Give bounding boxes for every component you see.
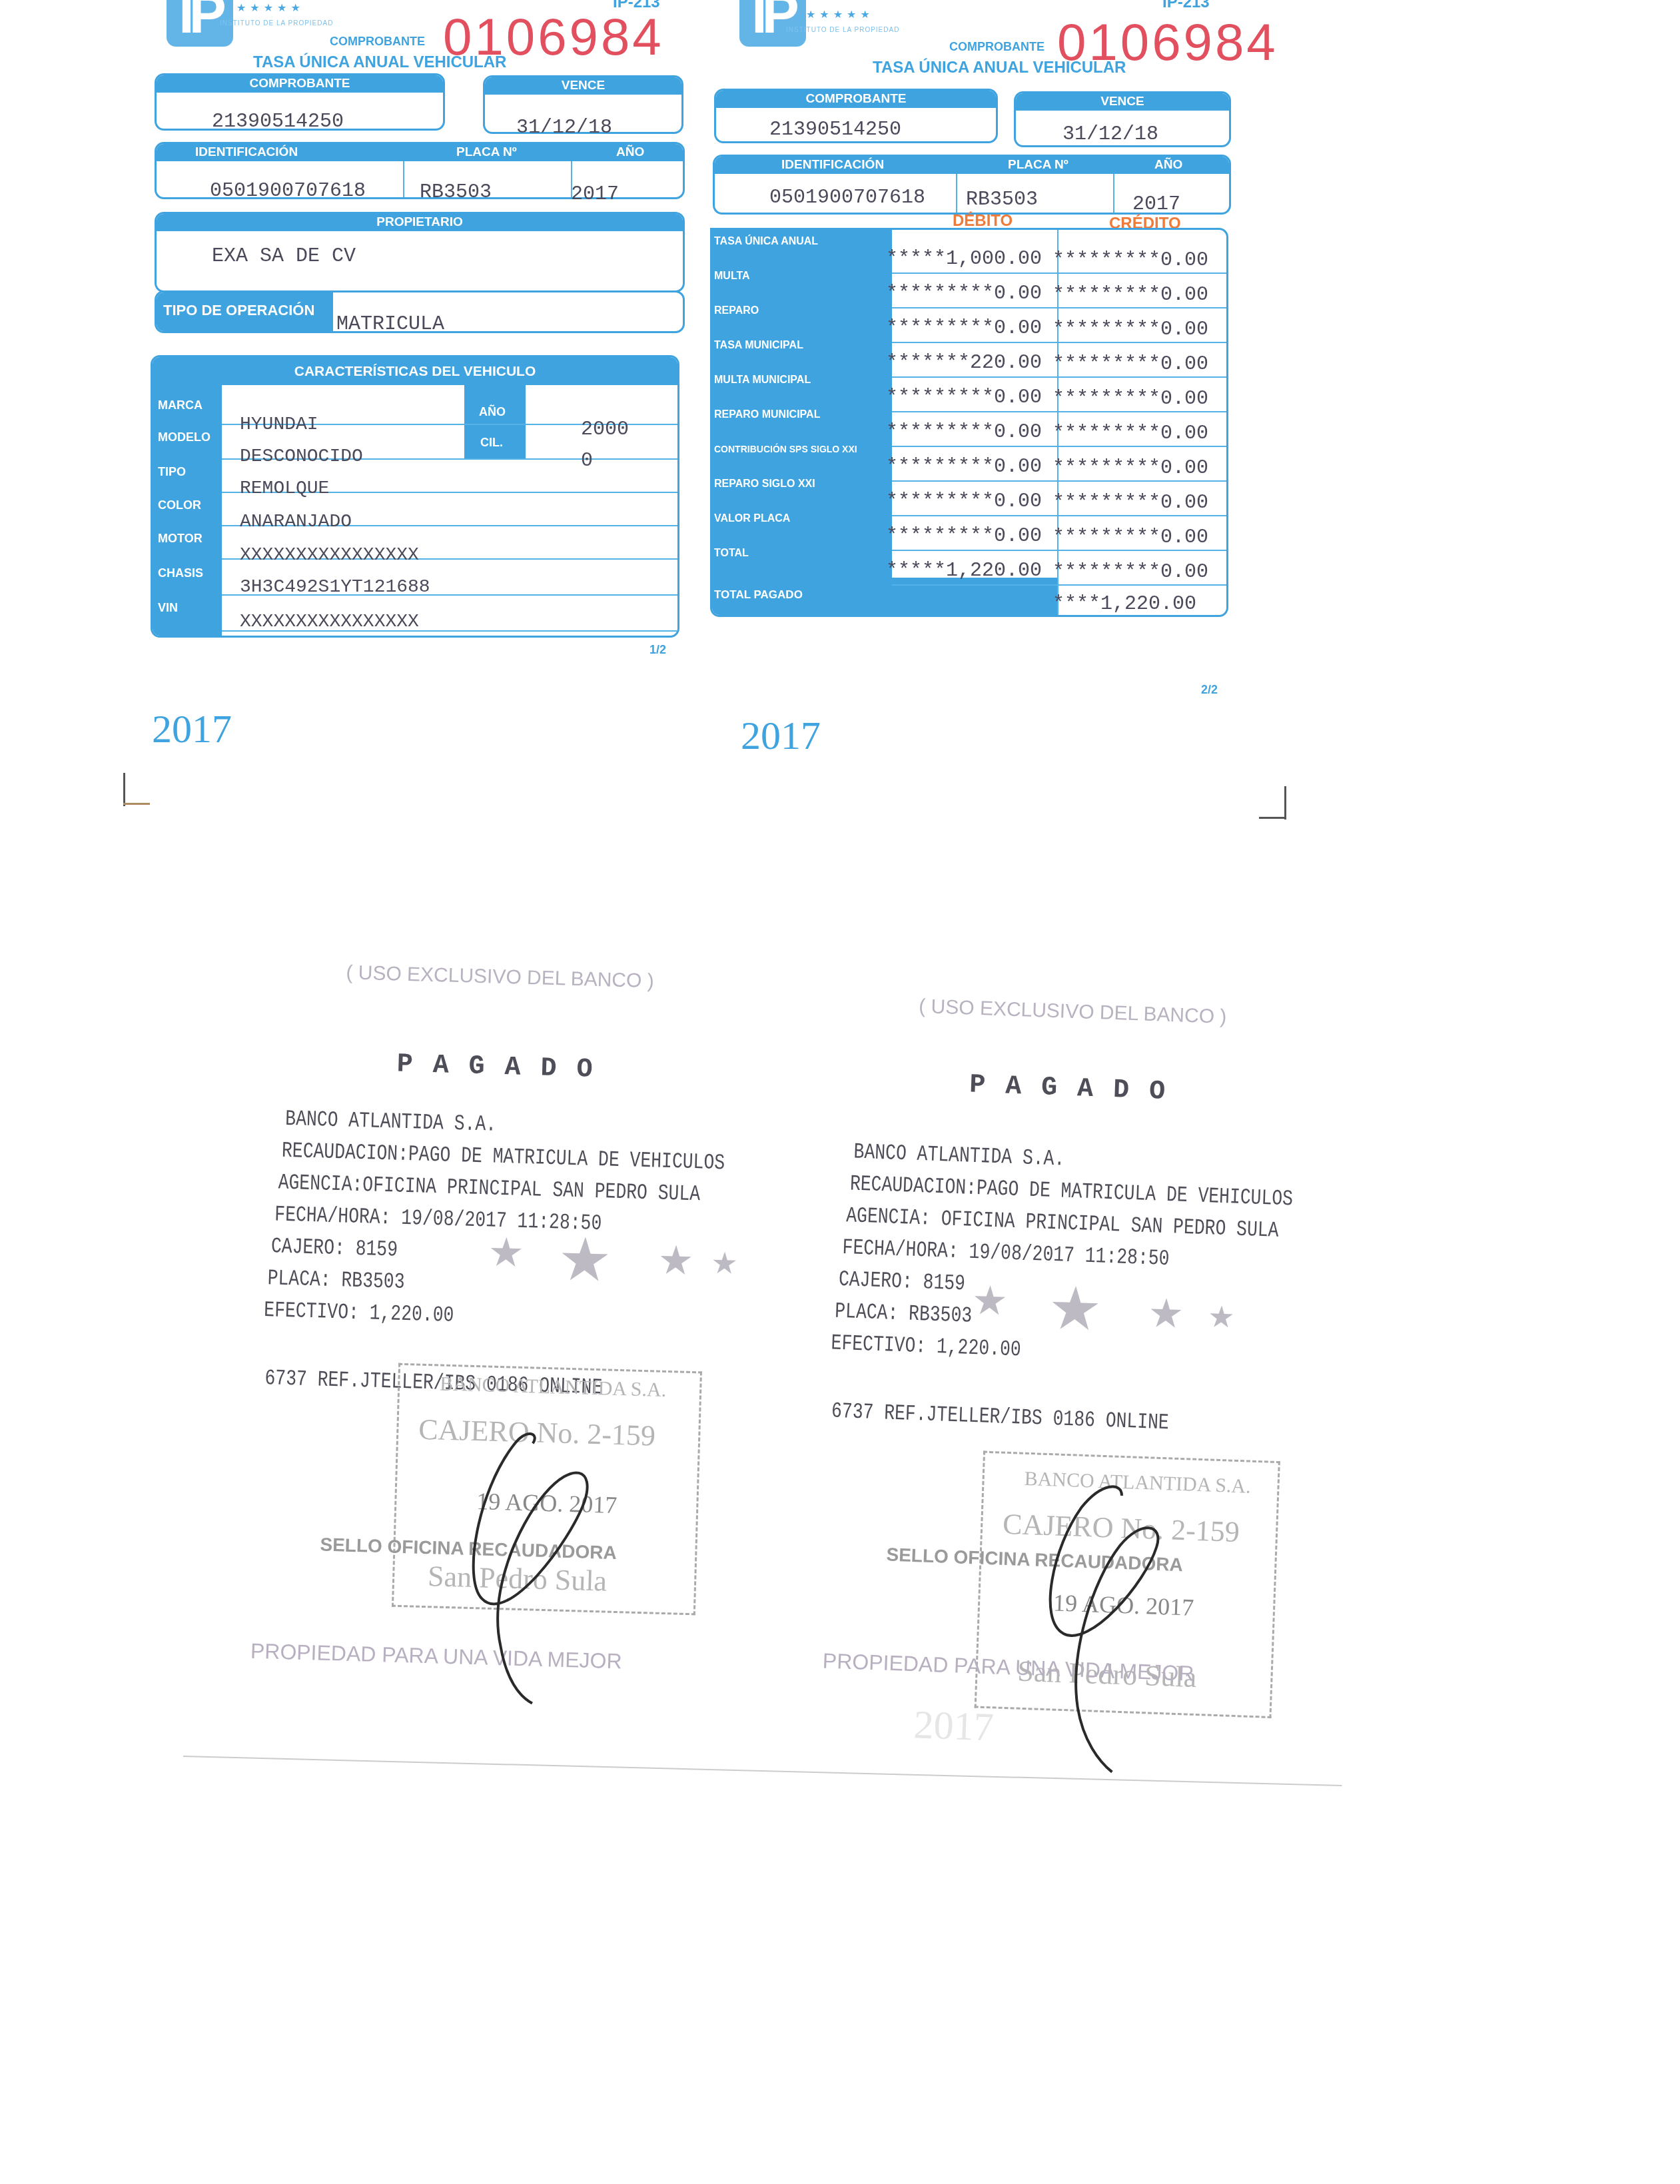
charge-credit: *********0.00 [1052, 388, 1208, 410]
charge-debit: *****1,000.00 [886, 248, 1042, 271]
charge-label: REPARO SIGLO XXI [714, 478, 815, 490]
charge-label: VALOR PLACA [714, 513, 790, 525]
comprobante-value: 21390514250 [769, 119, 901, 141]
placa-value: RB3503 [966, 189, 1038, 211]
star-icon: ★ [657, 1237, 695, 1285]
receipt-line: AGENCIA:OFICINA PRINCIPAL SAN PEDRO SULA [278, 1171, 700, 1207]
receipt-line: EFECTIVO: 1,220.00 [264, 1298, 454, 1328]
total-pagado-value: ****1,220.00 [1052, 593, 1196, 616]
year-mark: 2017 [741, 713, 821, 759]
star-icon: ★ [488, 1229, 525, 1276]
charge-credit: *********0.00 [1052, 561, 1208, 584]
receipt-line: BANCO ATLANTIDA S.A. [853, 1140, 1065, 1172]
charge-debit: *********0.00 [886, 490, 1042, 513]
charge-credit: *********0.00 [1052, 284, 1208, 306]
anio-value: 2017 [1132, 193, 1180, 216]
identificacion-value: 0501900707618 [769, 187, 925, 209]
star-icon: ★ [971, 1277, 1009, 1325]
charge-label: TOTAL [714, 548, 749, 560]
receipt-line: PLACA: RB3503 [835, 1299, 973, 1329]
reference-line: 6737 REF.JTELLER/IBS 0186 ONLINE [831, 1399, 1169, 1436]
charge-label: CONTRIBUCIÓN SPS SIGLO XXI [714, 444, 857, 454]
institution-name: INSTITUTO DE LA PROPIEDAD [786, 27, 899, 34]
page-marker: 2/2 [1201, 683, 1218, 697]
star-icon: ★ [1047, 1273, 1103, 1345]
charge-debit: *********0.00 [886, 317, 1042, 340]
star-icon: ★ [711, 1245, 739, 1281]
charge-debit: *********0.00 [886, 282, 1042, 305]
charge-label: MULTA MUNICIPAL [714, 374, 811, 386]
bank-use-only-label: ( USO EXCLUSIVO DEL BANCO ) [919, 995, 1227, 1029]
identificacion-header: IDENTIFICACIÓN [781, 157, 884, 174]
star-icon: ★ [557, 1224, 613, 1295]
comprobante-label: COMPROBANTE [949, 40, 1045, 54]
vence-header: VENCE [1016, 93, 1229, 111]
charge-debit: *****1,220.00 [886, 560, 1042, 582]
receipt-line: CAJERO: 8159 [270, 1234, 398, 1262]
receipt-line: PLACA: RB3503 [267, 1266, 405, 1295]
receipt-line: EFECTIVO: 1,220.00 [831, 1331, 1021, 1363]
charge-credit: *********0.00 [1052, 249, 1208, 272]
charge-label: TASA MUNICIPAL [714, 340, 803, 352]
ip-logo-icon: IP [739, 0, 806, 47]
paid-label: PAGADO [969, 1071, 1185, 1108]
form-subtitle: TASA ÚNICA ANUAL VEHICULAR [873, 59, 1126, 77]
stars-icon: ★★★★★ [806, 8, 874, 21]
receipt-line: FECHA/HORA: 19/08/2017 11:28:50 [842, 1235, 1170, 1271]
charge-debit: *******220.00 [886, 352, 1042, 374]
charge-label: REPARO [714, 305, 759, 317]
charge-debit: *********0.00 [886, 456, 1042, 478]
charge-credit: *********0.00 [1052, 526, 1208, 549]
comprobante-header: COMPROBANTE [716, 91, 996, 108]
vehicle-tax-receipt-page-2: IP ★★★★★ INSTITUTO DE LA PROPIEDAD IP-21… [0, 0, 1680, 800]
charge-credit: *********0.00 [1052, 353, 1208, 376]
charge-label: REPARO MUNICIPAL [714, 409, 820, 421]
charge-credit: *********0.00 [1052, 422, 1208, 445]
receipt-line: CAJERO: 8159 [838, 1267, 965, 1297]
faint-year-mark: 2017 [913, 1702, 995, 1750]
placa-header: PLACA Nº [1008, 157, 1068, 174]
charge-debit: *********0.00 [886, 525, 1042, 548]
total-pagado-label: TOTAL PAGADO [714, 588, 803, 602]
receipt-line: FECHA/HORA: 19/08/2017 11:28:50 [274, 1203, 602, 1237]
bank-use-only-label: ( USO EXCLUSIVO DEL BANCO ) [346, 961, 654, 993]
charge-debit: *********0.00 [886, 386, 1042, 409]
signature [1012, 1479, 1195, 1778]
vence-value: 31/12/18 [1062, 123, 1158, 146]
star-icon: ★ [1207, 1299, 1235, 1335]
paid-label: PAGADO [396, 1050, 613, 1086]
charge-label: MULTA [714, 271, 750, 282]
charge-credit: *********0.00 [1052, 318, 1208, 341]
charge-label: TASA ÚNICA ANUAL [714, 236, 818, 248]
receipt-line: BANCO ATLANTIDA S.A. [285, 1107, 497, 1137]
anio-header: AÑO [1154, 157, 1182, 174]
charge-credit: *********0.00 [1052, 457, 1208, 480]
charge-debit: *********0.00 [886, 421, 1042, 444]
charge-credit: *********0.00 [1052, 492, 1208, 514]
signature [432, 1424, 614, 1709]
form-code: IP-213 [1162, 0, 1210, 12]
receipt-line: RECAUDACION:PAGO DE MATRICULA DE VEHICUL… [281, 1139, 725, 1176]
seal-bank: BANCO ATLANTIDA S.A. [440, 1373, 667, 1402]
star-icon: ★ [1147, 1290, 1184, 1338]
identificacion-header-row: IDENTIFICACIÓN PLACA Nº AÑO [715, 157, 1229, 174]
